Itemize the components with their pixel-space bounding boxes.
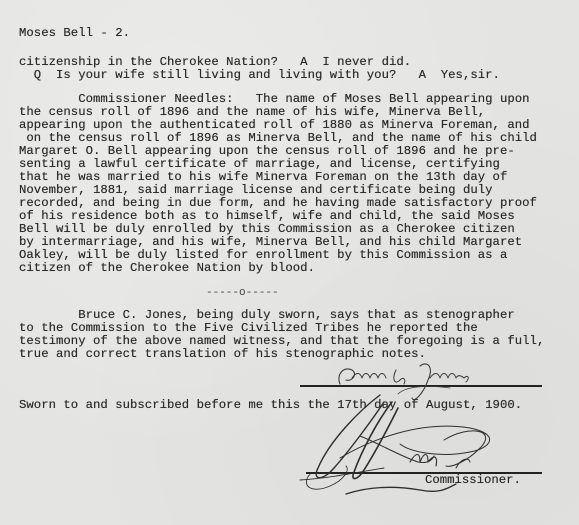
- stenographer-signature-line: [300, 385, 542, 387]
- commissioner-statement-line: November, 1881, said marriage license an…: [19, 183, 493, 197]
- commissioner-statement-line: Margaret O. Bell appearing upon the cens…: [19, 144, 515, 158]
- commissioner-statement-line: Bell will be duly enrolled by this Commi…: [19, 222, 515, 236]
- commissioner-statement-line: senting a lawful certificate of marriage…: [19, 157, 500, 171]
- document-page: Moses Bell - 2. citizenship in the Chero…: [0, 0, 579, 525]
- testimony-line-2: Q Is your wife still living and living w…: [19, 68, 500, 82]
- commissioner-title: Commissioner.: [425, 473, 521, 487]
- commissioner-statement-line: Oakley, will be duly listed for enrollme…: [19, 248, 507, 262]
- commissioner-statement-line: citizen of the Cherokee Nation by blood.: [19, 261, 315, 275]
- stenographer-statement-line: testimony of the above named witness, an…: [19, 334, 544, 348]
- commissioner-statement-line: that he was married to his wife Minerva …: [19, 170, 507, 184]
- stenographer-signature: [339, 364, 468, 400]
- stenographer-statement-line: to the Commission to the Five Civilized …: [19, 321, 478, 335]
- commissioner-statement-line: on the census roll of 1896 as Minerva Be…: [19, 131, 537, 145]
- commissioner-statement-line: by intermarriage, and his wife, Minerva …: [19, 235, 522, 249]
- stenographer-statement-line: Bruce C. Jones, being duly sworn, says t…: [19, 308, 515, 322]
- page-header: Moses Bell - 2.: [19, 26, 130, 40]
- commissioner-statement-line: of his residence both as to himself, wif…: [19, 209, 515, 223]
- section-divider: -----o-----: [206, 287, 279, 299]
- sworn-statement: Sworn to and subscribed before me this t…: [19, 398, 522, 412]
- commissioner-statement-line: recorded, and being in due form, and he …: [19, 196, 537, 210]
- commissioner-statement-line: Commissioner Needles: The name of Moses …: [19, 92, 530, 106]
- commissioner-statement-line: the census roll of 1896 and the name of …: [19, 105, 485, 119]
- testimony-line-1: citizenship in the Cherokee Nation? A I …: [19, 55, 411, 69]
- commissioner-statement-line: appearing upon the authenticated roll of…: [19, 118, 530, 132]
- stenographer-statement-line: true and correct translation of his sten…: [19, 347, 426, 361]
